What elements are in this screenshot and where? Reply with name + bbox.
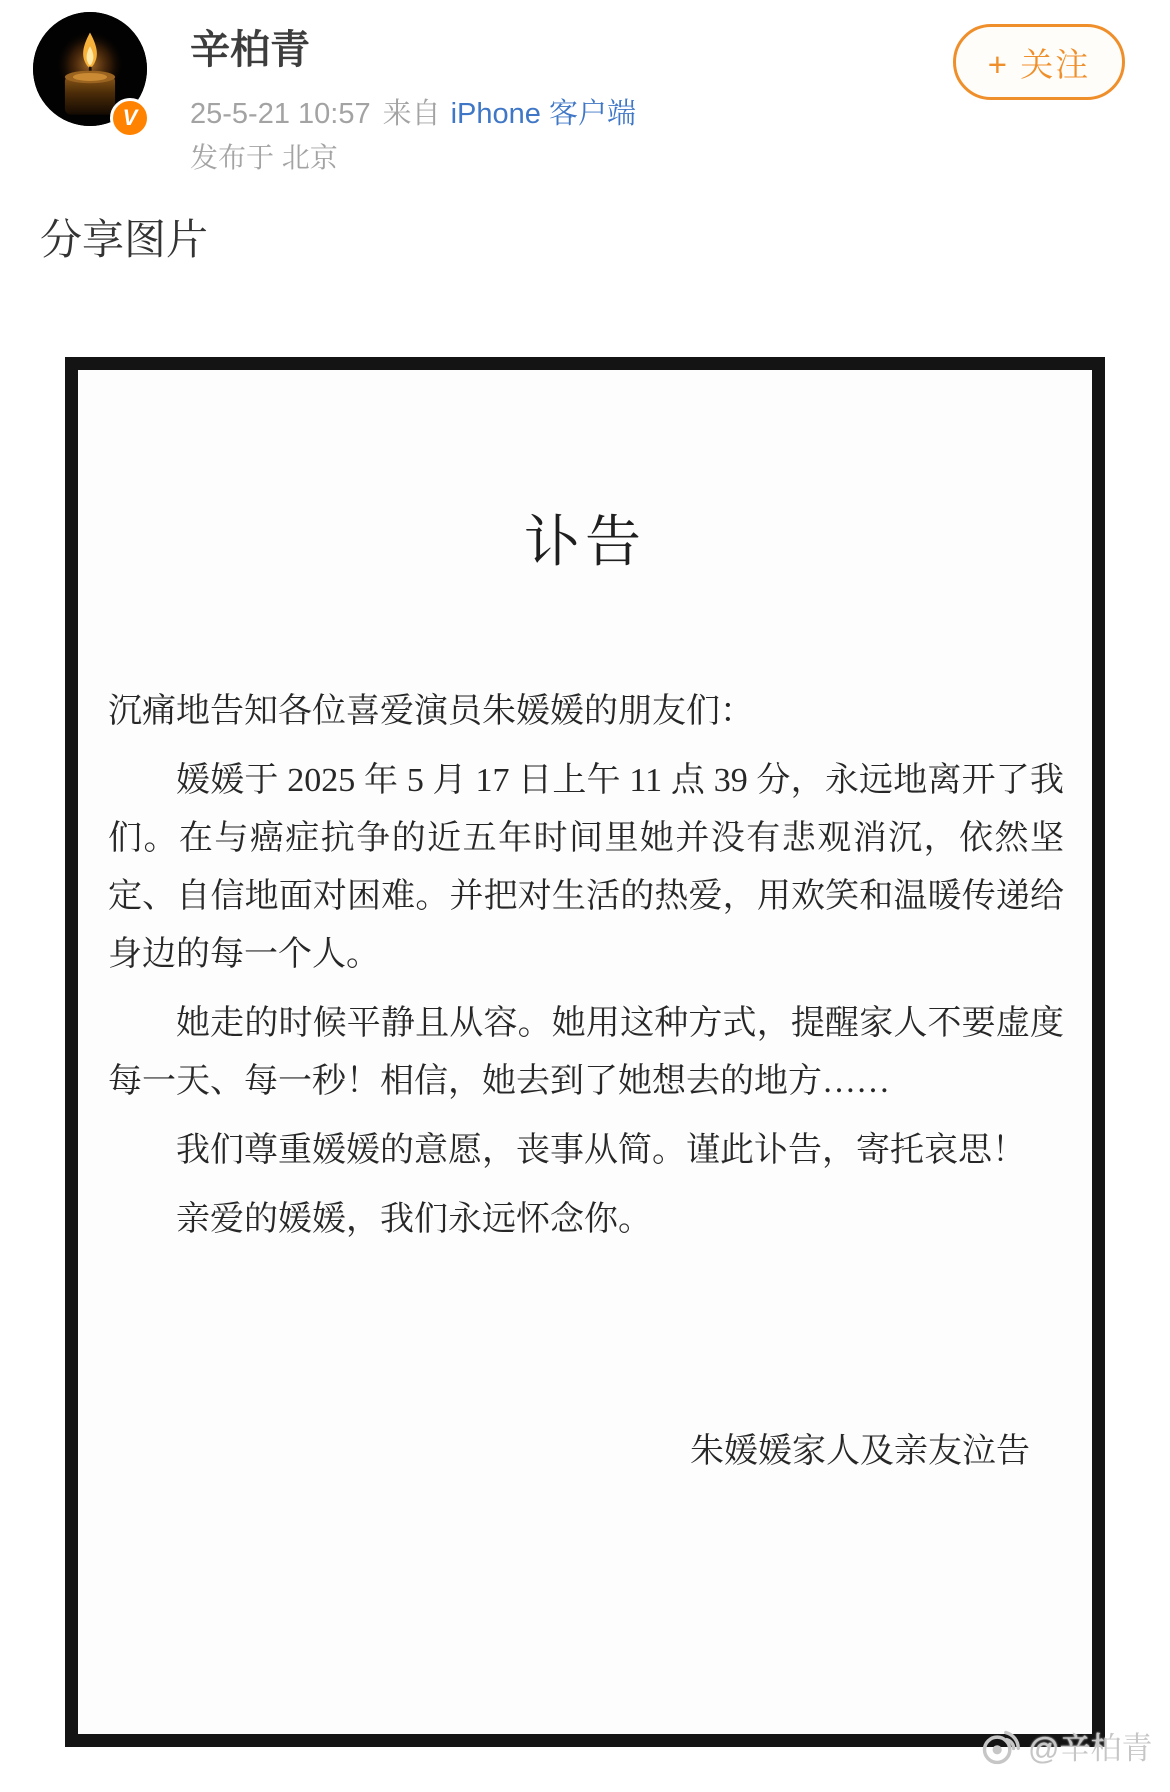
username[interactable]: 辛柏青: [190, 24, 310, 76]
obituary-document: 讣告 沉痛地告知各位喜爱演员朱媛媛的朋友们： 媛媛于 2025 年 5 月 17…: [78, 370, 1092, 1734]
obituary-paragraph: 沉痛地告知各位喜爱演员朱媛媛的朋友们：: [108, 683, 1064, 741]
post-meta: 25-5-21 10:57来自iPhone 客户端: [190, 96, 636, 132]
weibo-post: V 辛柏青 25-5-21 10:57来自iPhone 客户端 发布于 北京 +…: [0, 0, 1170, 1792]
post-image-obituary[interactable]: 讣告 沉痛地告知各位喜爱演员朱媛媛的朋友们： 媛媛于 2025 年 5 月 17…: [65, 357, 1105, 1747]
follow-button[interactable]: + 关注: [953, 24, 1125, 100]
timestamp: 25-5-21 10:57: [190, 98, 371, 130]
post-text: 分享图片: [40, 213, 208, 267]
watermark: @辛柏青: [978, 1722, 1152, 1768]
obituary-signature: 朱媛媛家人及亲友泣告: [690, 1423, 1030, 1481]
watermark-text: @辛柏青: [1028, 1723, 1152, 1768]
obituary-paragraph: 我们尊重媛媛的意愿，丧事从简。谨此讣告，寄托哀思！: [108, 1122, 1064, 1180]
obituary-paragraph: 她走的时候平静且从容。她用这种方式，提醒家人不要虚度每一天、每一秒！相信，她去到…: [108, 995, 1064, 1111]
post-location: 发布于 北京: [190, 140, 338, 176]
verified-badge-icon: V: [110, 98, 150, 138]
obituary-paragraph: 媛媛于 2025 年 5 月 17 日上午 11 点 39 分，永远地离开了我们…: [108, 752, 1064, 984]
source-link[interactable]: iPhone 客户端: [451, 98, 636, 130]
obituary-title: 讣告: [78, 498, 1092, 578]
obituary-paragraph: 亲爱的媛媛，我们永远怀念你。: [108, 1191, 1064, 1249]
weibo-logo-icon: [978, 1722, 1024, 1768]
obituary-body: 沉痛地告知各位喜爱演员朱媛媛的朋友们： 媛媛于 2025 年 5 月 17 日上…: [108, 683, 1064, 1260]
source-prefix: 来自: [383, 98, 441, 130]
